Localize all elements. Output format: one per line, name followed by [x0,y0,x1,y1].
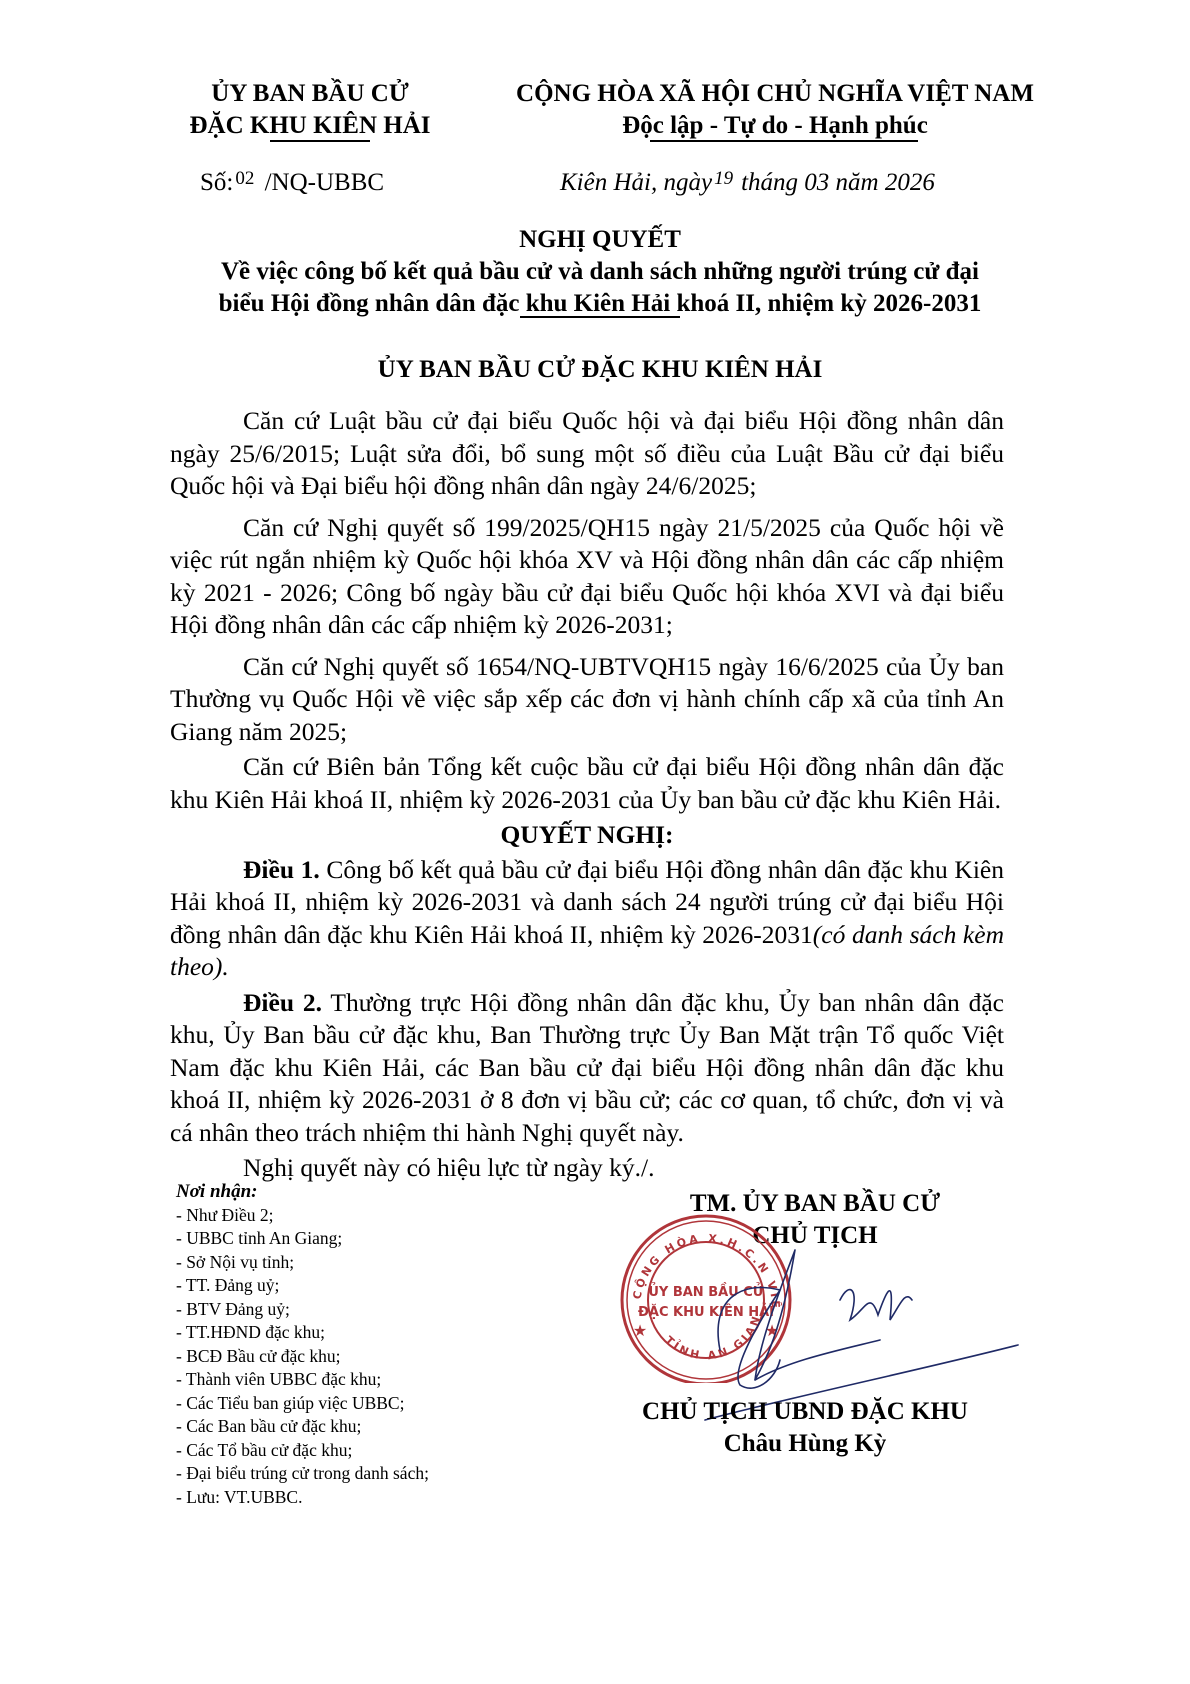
recipient-item: - Các Tổ bầu cử đặc khu; [176,1439,429,1463]
recipient-item: - BCĐ Bầu cử đặc khu; [176,1345,429,1369]
preamble-1: Căn cứ Luật bầu cử đại biểu Quốc hội và … [170,405,1004,503]
issuing-agency: ỦY BAN BẦU CỬ ĐẶC KHU KIÊN HẢI [160,78,460,142]
recipient-item: - Như Điều 2; [176,1204,429,1228]
recipient-item: - Đại biểu trúng cử trong danh sách; [176,1462,429,1486]
recipient-item: - Các Tiểu ban giúp việc UBBC; [176,1392,429,1416]
doc-type: NGHỊ QUYẾT [150,224,1050,256]
national-motto: CỘNG HÒA XÃ HỘI CHỦ NGHĨA VIỆT NAM Độc l… [505,78,1045,142]
signer-info: CHỦ TỊCH UBND ĐẶC KHU Châu Hùng Kỳ [600,1396,1010,1460]
article-1: Điều 1. Công bố kết quả bầu cử đại biểu … [170,854,1004,984]
motto-underline [650,140,918,142]
recipient-item: - BTV Đảng uỷ; [176,1298,429,1322]
document-body: Căn cứ Luật bầu cử đại biểu Quốc hội và … [170,405,1004,1188]
document-date: Kiên Hải, ngày19tháng 03 năm 2026 [560,168,935,197]
recipients-heading: Nơi nhận: [176,1180,429,1204]
recipient-item: - UBBC tỉnh An Giang; [176,1227,429,1251]
decision-heading: QUYẾT NGHỊ: [170,819,1004,852]
document-number: Số:02 /NQ-UBBC [200,168,384,197]
subject-line-1: Về việc công bố kết quả bầu cử và danh s… [150,256,1050,288]
preamble-4: Căn cứ Biên bản Tổng kết cuộc bầu cử đại… [170,751,1004,816]
recipient-item: - TT. Đảng uỷ; [176,1274,429,1298]
svg-text:★: ★ [633,1321,647,1340]
recipient-item: - Sở Nội vụ tỉnh; [176,1251,429,1275]
agency-underline [270,140,370,142]
preamble-2: Căn cứ Nghị quyết số 199/2025/QH15 ngày … [170,512,1004,642]
recipient-item: - Lưu: VT.UBBC. [176,1486,429,1510]
recipient-item: - Các Ban bầu cử đặc khu; [176,1415,429,1439]
document-title: NGHỊ QUYẾT Về việc công bố kết quả bầu c… [150,224,1050,320]
date-place: Kiên Hải, ngày [560,169,712,196]
title-underline [520,316,680,318]
signer-name: Châu Hùng Kỳ [600,1428,1010,1460]
signer-position: CHỦ TỊCH UBND ĐẶC KHU [600,1396,1010,1428]
date-rest: tháng 03 năm 2026 [741,169,935,196]
date-day: 19 [714,168,733,189]
preamble-3: Căn cứ Nghị quyết số 1654/NQ-UBTVQH15 ng… [170,651,1004,749]
committee-heading: ỦY BAN BẦU CỬ ĐẶC KHU KIÊN HẢI [150,356,1050,384]
number-suffix: /NQ-UBBC [265,169,384,196]
agency-line-1: ỦY BAN BẦU CỬ [160,78,460,110]
nation-line-1: CỘNG HÒA XÃ HỘI CHỦ NGHĨA VIỆT NAM [505,78,1045,110]
number-label: Số: [200,169,233,196]
number-value: 02 [235,168,254,189]
recipients-list: Nơi nhận: - Như Điều 2; - UBBC tỉnh An G… [176,1180,429,1509]
article-1-label: Điều 1. [243,855,320,884]
nation-line-2: Độc lập - Tự do - Hạnh phúc [505,110,1045,142]
article-2-label: Điều 2. [243,988,322,1017]
recipient-item: - Thành viên UBBC đặc khu; [176,1368,429,1392]
article-2: Điều 2. Thường trực Hội đồng nhân dân đặ… [170,987,1004,1150]
agency-line-2: ĐẶC KHU KIÊN HẢI [160,110,460,142]
recipient-item: - TT.HĐND đặc khu; [176,1321,429,1345]
